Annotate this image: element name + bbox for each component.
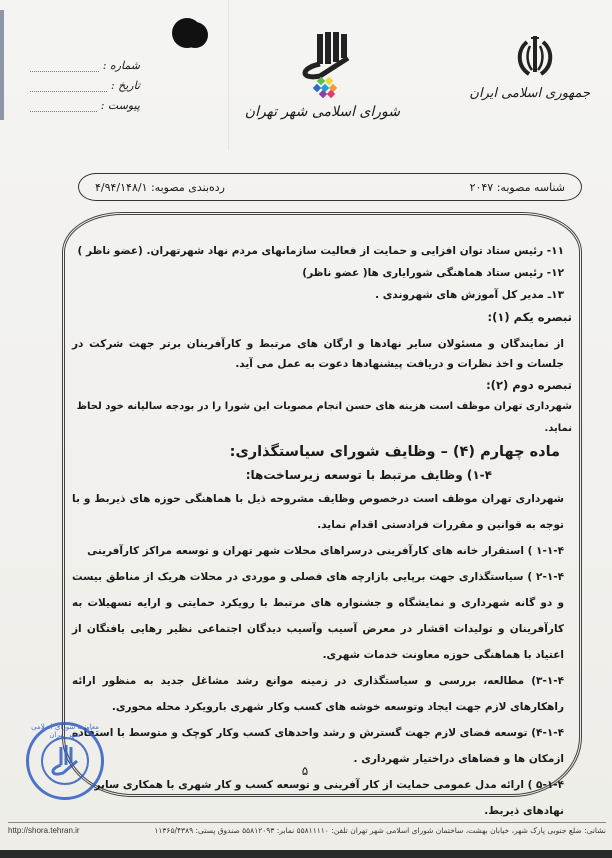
section-title: ۱-۴) وظایف مرتبط با توسعه زیرساخت‌ها: [72, 464, 572, 486]
meta-number-value [30, 61, 99, 72]
iran-emblem-block: جمهوری اسلامی ایران [480, 32, 590, 101]
clause-3: ۳-۱-۴) مطالعه، بررسی و سیاستگذاری در زمی… [72, 668, 572, 720]
section-intro: شهرداری تهران موظف است درخصوص وظایف مشرو… [72, 486, 572, 538]
decision-classification: رده‌بندی مصوبه: ۴/۹۴/۱۴۸/۱ [95, 181, 225, 194]
clause-4: ۴-۱-۴) توسعه فضای لازم جهت گسترش و رشد و… [72, 720, 572, 772]
meta-attachment: پیوست : [30, 92, 140, 112]
council-logo-icon [290, 28, 360, 98]
council-label: شورای اسلامی شهر تهران [250, 104, 400, 120]
stamp-logo-icon [41, 737, 89, 785]
meta-number: شماره : [30, 52, 140, 72]
clause-1: ۱-۱-۴ ) استقرار خانه های کارآفرینی درسرا… [72, 538, 572, 564]
meta-attachment-value [30, 101, 97, 112]
document-page: جمهوری اسلامی ایران شورای اسلامی شهر تهر… [0, 0, 612, 858]
meta-attachment-label: پیوست : [101, 99, 140, 112]
ink-blot [172, 18, 202, 48]
decision-info-bar: شناسه مصوبه: ۲۰۴۷ رده‌بندی مصوبه: ۴/۹۴/۱… [78, 173, 582, 201]
footer: نشانی: ضلع جنوبی پارک شهر، خیابان بهشت، … [8, 826, 606, 835]
note2-text: شهرداری تهران موظف است هزینه های حسن انج… [72, 396, 572, 440]
footer-rule [8, 822, 606, 823]
member-item-12: ۱۲- رئیس ستاد هماهنگی شورایاری ها( عضو ن… [72, 262, 572, 284]
council-logo-block: شورای اسلامی شهر تهران [250, 28, 400, 120]
paper-fold [228, 0, 229, 150]
decision-id: شناسه مصوبه: ۲۰۴۷ [470, 181, 565, 194]
iran-emblem-icon [515, 32, 555, 80]
scan-bottom-edge [0, 850, 612, 858]
meta-date: تاریخ : [30, 72, 140, 92]
letter-meta-fields: شماره : تاریخ : پیوست : [30, 52, 140, 112]
clause-5: ۵-۱-۴ ) ارائه مدل عمومی حمایت از کار آفر… [72, 772, 572, 824]
member-item-11: ۱۱- رئیس ستاد توان افزایی و حمایت از فعا… [72, 240, 572, 262]
footer-url[interactable]: http://shora.tehran.ir [8, 826, 80, 835]
footer-address: نشانی: ضلع جنوبی پارک شهر، خیابان بهشت، … [154, 826, 606, 835]
clause-2: ۲-۱-۴ ) سیاستگذاری جهت برپایی بازارچه ها… [72, 564, 572, 668]
meta-date-label: تاریخ : [111, 79, 140, 92]
page-number: ۵ [290, 764, 320, 778]
official-stamp: معاونت شورای اسلامی شهر تهران [26, 722, 104, 800]
article-title: ماده چهارم (۴) – وظایف شورای سیاستگذاری: [72, 440, 572, 464]
note1-text: از نمایندگان و مسئولان سایر نهادها و ارگ… [72, 334, 572, 374]
member-item-13: ۱۳ـ مدیر کل آموزش های شهروندی . [72, 284, 572, 306]
meta-number-label: شماره : [103, 59, 140, 72]
document-body: ۱۱- رئیس ستاد توان افزایی و حمایت از فعا… [72, 240, 572, 824]
meta-date-value [30, 81, 107, 92]
scan-edge [0, 10, 4, 120]
note1-title: تبصره یکم (۱): [72, 306, 572, 328]
note2-title: تبصره دوم (۲): [72, 374, 572, 396]
country-label: جمهوری اسلامی ایران [480, 86, 590, 101]
